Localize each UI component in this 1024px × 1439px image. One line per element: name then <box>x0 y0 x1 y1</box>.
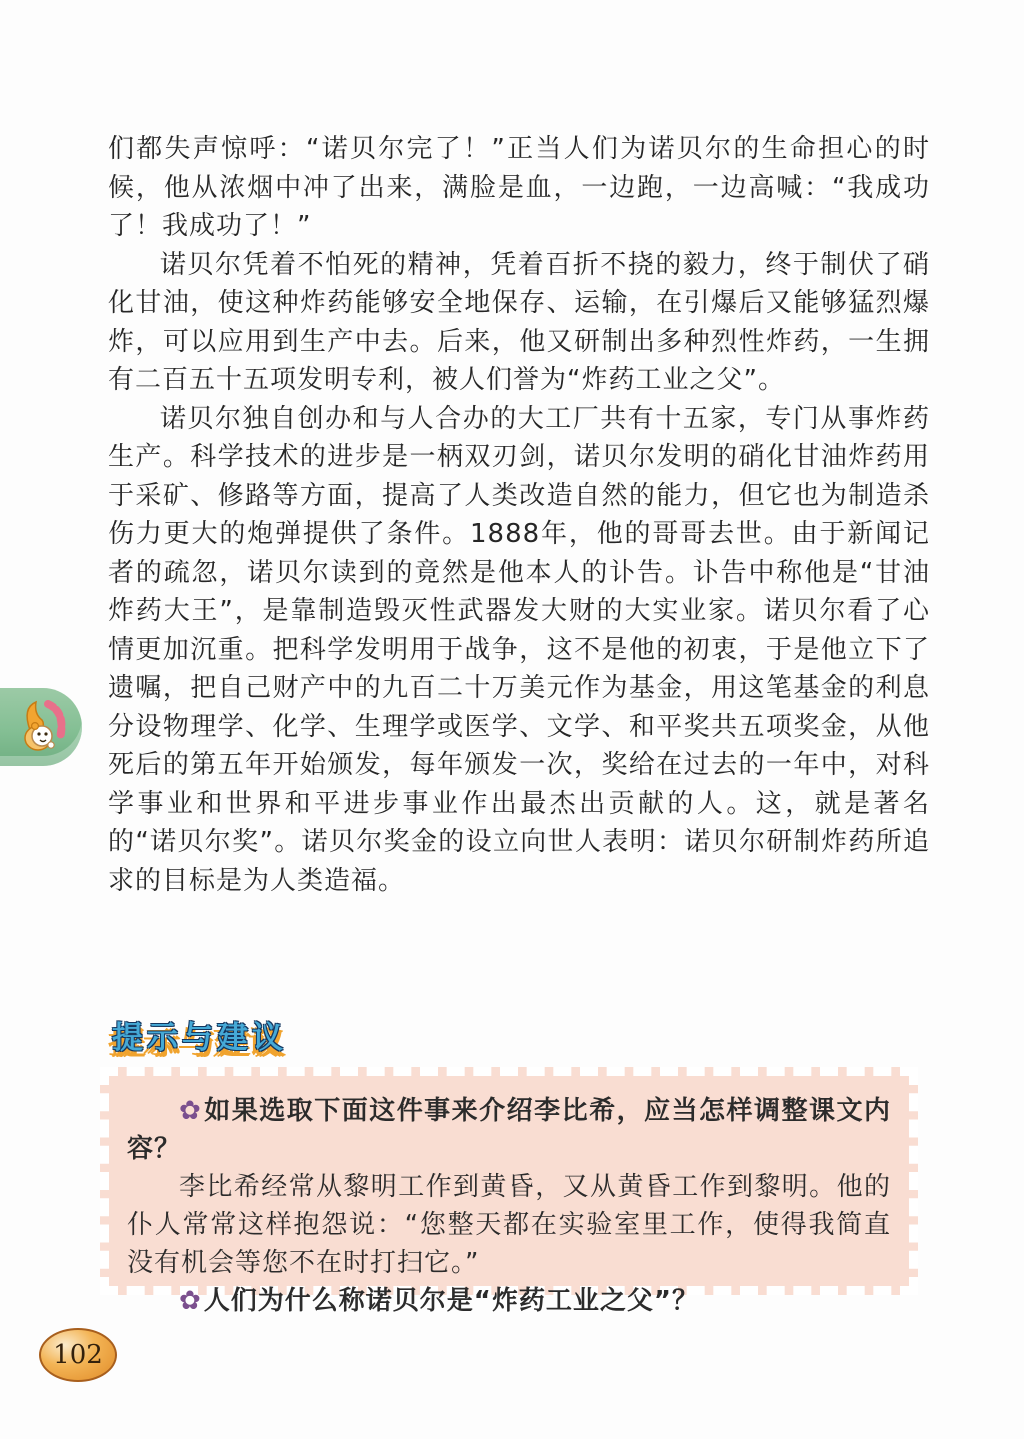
tips-question-2: ✿人们为什么称诺贝尔是“炸药工业之父”？ <box>127 1282 891 1320</box>
page-number-badge: 102 <box>39 1328 117 1382</box>
tips-question-2-text: 人们为什么称诺贝尔是“炸药工业之父”？ <box>204 1286 699 1316</box>
flower-bullet-icon: ✿ <box>179 1286 202 1316</box>
tips-passage: 李比希经常从黎明工作到黄昏，又从黄昏工作到黎明。他的仆人常常这样抱怨说：“您整天… <box>127 1168 891 1282</box>
tips-section-heading: 提示与建议 <box>112 1012 287 1057</box>
tips-box: ✿如果选取下面这件事来介绍李比希，应当怎样调整课文内容？ 李比希经常从黎明工作到… <box>100 1067 918 1295</box>
lesson-paragraph: 诺贝尔独自创办和与人合办的大工厂共有十五家，专门从事炸药生产。科学技术的进步是一… <box>108 400 930 901</box>
lesson-paragraph: 们都失声惊呼：“诺贝尔完了！”正当人们为诺贝尔的生命担心的时候，他从浓烟中冲了出… <box>108 130 930 246</box>
tips-question-1: ✿如果选取下面这件事来介绍李比希，应当怎样调整课文内容？ <box>127 1092 891 1168</box>
lesson-paragraph: 诺贝尔凭着不怕死的精神，凭着百折不挠的毅力，终于制伏了硝化甘油，使这种炸药能够安… <box>108 246 930 400</box>
page-number: 102 <box>53 1340 103 1370</box>
bookmark-tab <box>0 688 82 766</box>
flower-bullet-icon: ✿ <box>179 1096 202 1126</box>
lesson-body-text: 们都失声惊呼：“诺贝尔完了！”正当人们为诺贝尔的生命担心的时候，他从浓烟中冲了出… <box>108 130 930 900</box>
tips-question-1-text: 如果选取下面这件事来介绍李比希，应当怎样调整课文内容？ <box>127 1096 891 1164</box>
